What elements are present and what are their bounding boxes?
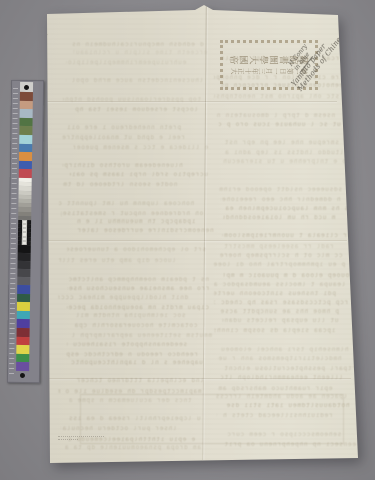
paper-crease-middle [47, 240, 347, 241]
stamp-text-line: 帝國大學圖書館藏 [229, 54, 309, 67]
paper-crease-lower [48, 378, 351, 379]
inscription-line: in blue [293, 0, 356, 72]
showthrough-table-outline [80, 394, 344, 444]
showthrough-layer: d edhdsh nmcpnuricalhudmein nsherceeth t… [0, 0, 375, 480]
stamp-text-line: 大正十年三月一日第一號 [231, 67, 308, 76]
paper-fold-vertical [202, 6, 207, 460]
stamp-scalloped-border [220, 40, 318, 90]
inscription-line: Yamato paper [290, 0, 363, 88]
photo-background: d edhdsh nmcpnuricalhudmein nsherceeth t… [0, 0, 375, 480]
pencil-note-bottom-left [58, 436, 110, 443]
inscription-line: H Conry [288, 0, 351, 68]
paper-crease-upper [47, 101, 337, 102]
library-stamp: 帝國大學圖書館藏 大正十年三月一日第一號 [220, 40, 318, 90]
stamp-text: 帝國大學圖書館藏 大正十年三月一日第一號 [226, 43, 312, 87]
corner-fold-crease [0, 0, 32, 1]
document-paper: d edhdsh nmcpnuricalhudmein nsherceeth t… [0, 0, 375, 480]
pencil-inscription: H Conry in blue Yamato paper Methods of … [279, 0, 369, 93]
document-paper-wrapper: d edhdsh nmcpnuricalhudmein nsherceeth t… [0, 0, 375, 480]
bottom-diagonal-crease-right [0, 2, 48, 35]
inscription-line: Methods of Chinese paper [296, 3, 369, 93]
bottom-diagonal-crease-left [0, 0, 68, 2]
